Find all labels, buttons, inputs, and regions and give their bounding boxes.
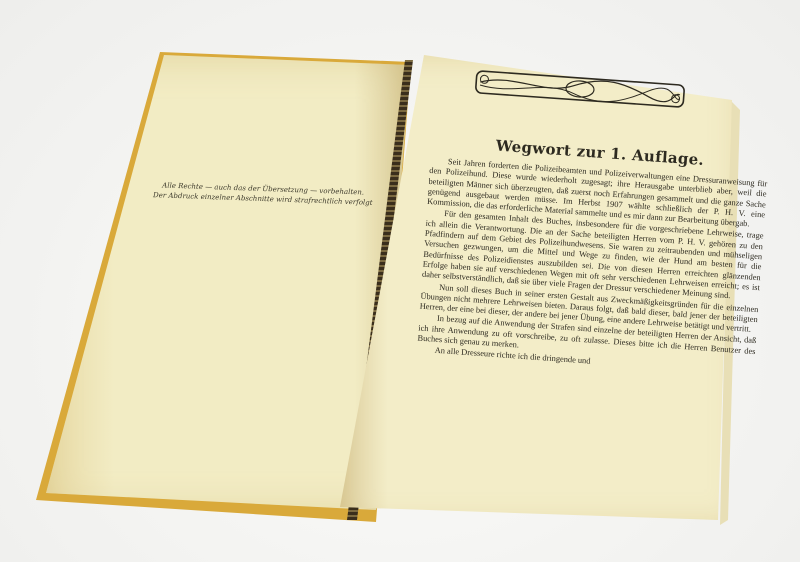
preface-text: Wegwort zur 1. Auflage. Seit Jahren ford… [416, 132, 769, 380]
